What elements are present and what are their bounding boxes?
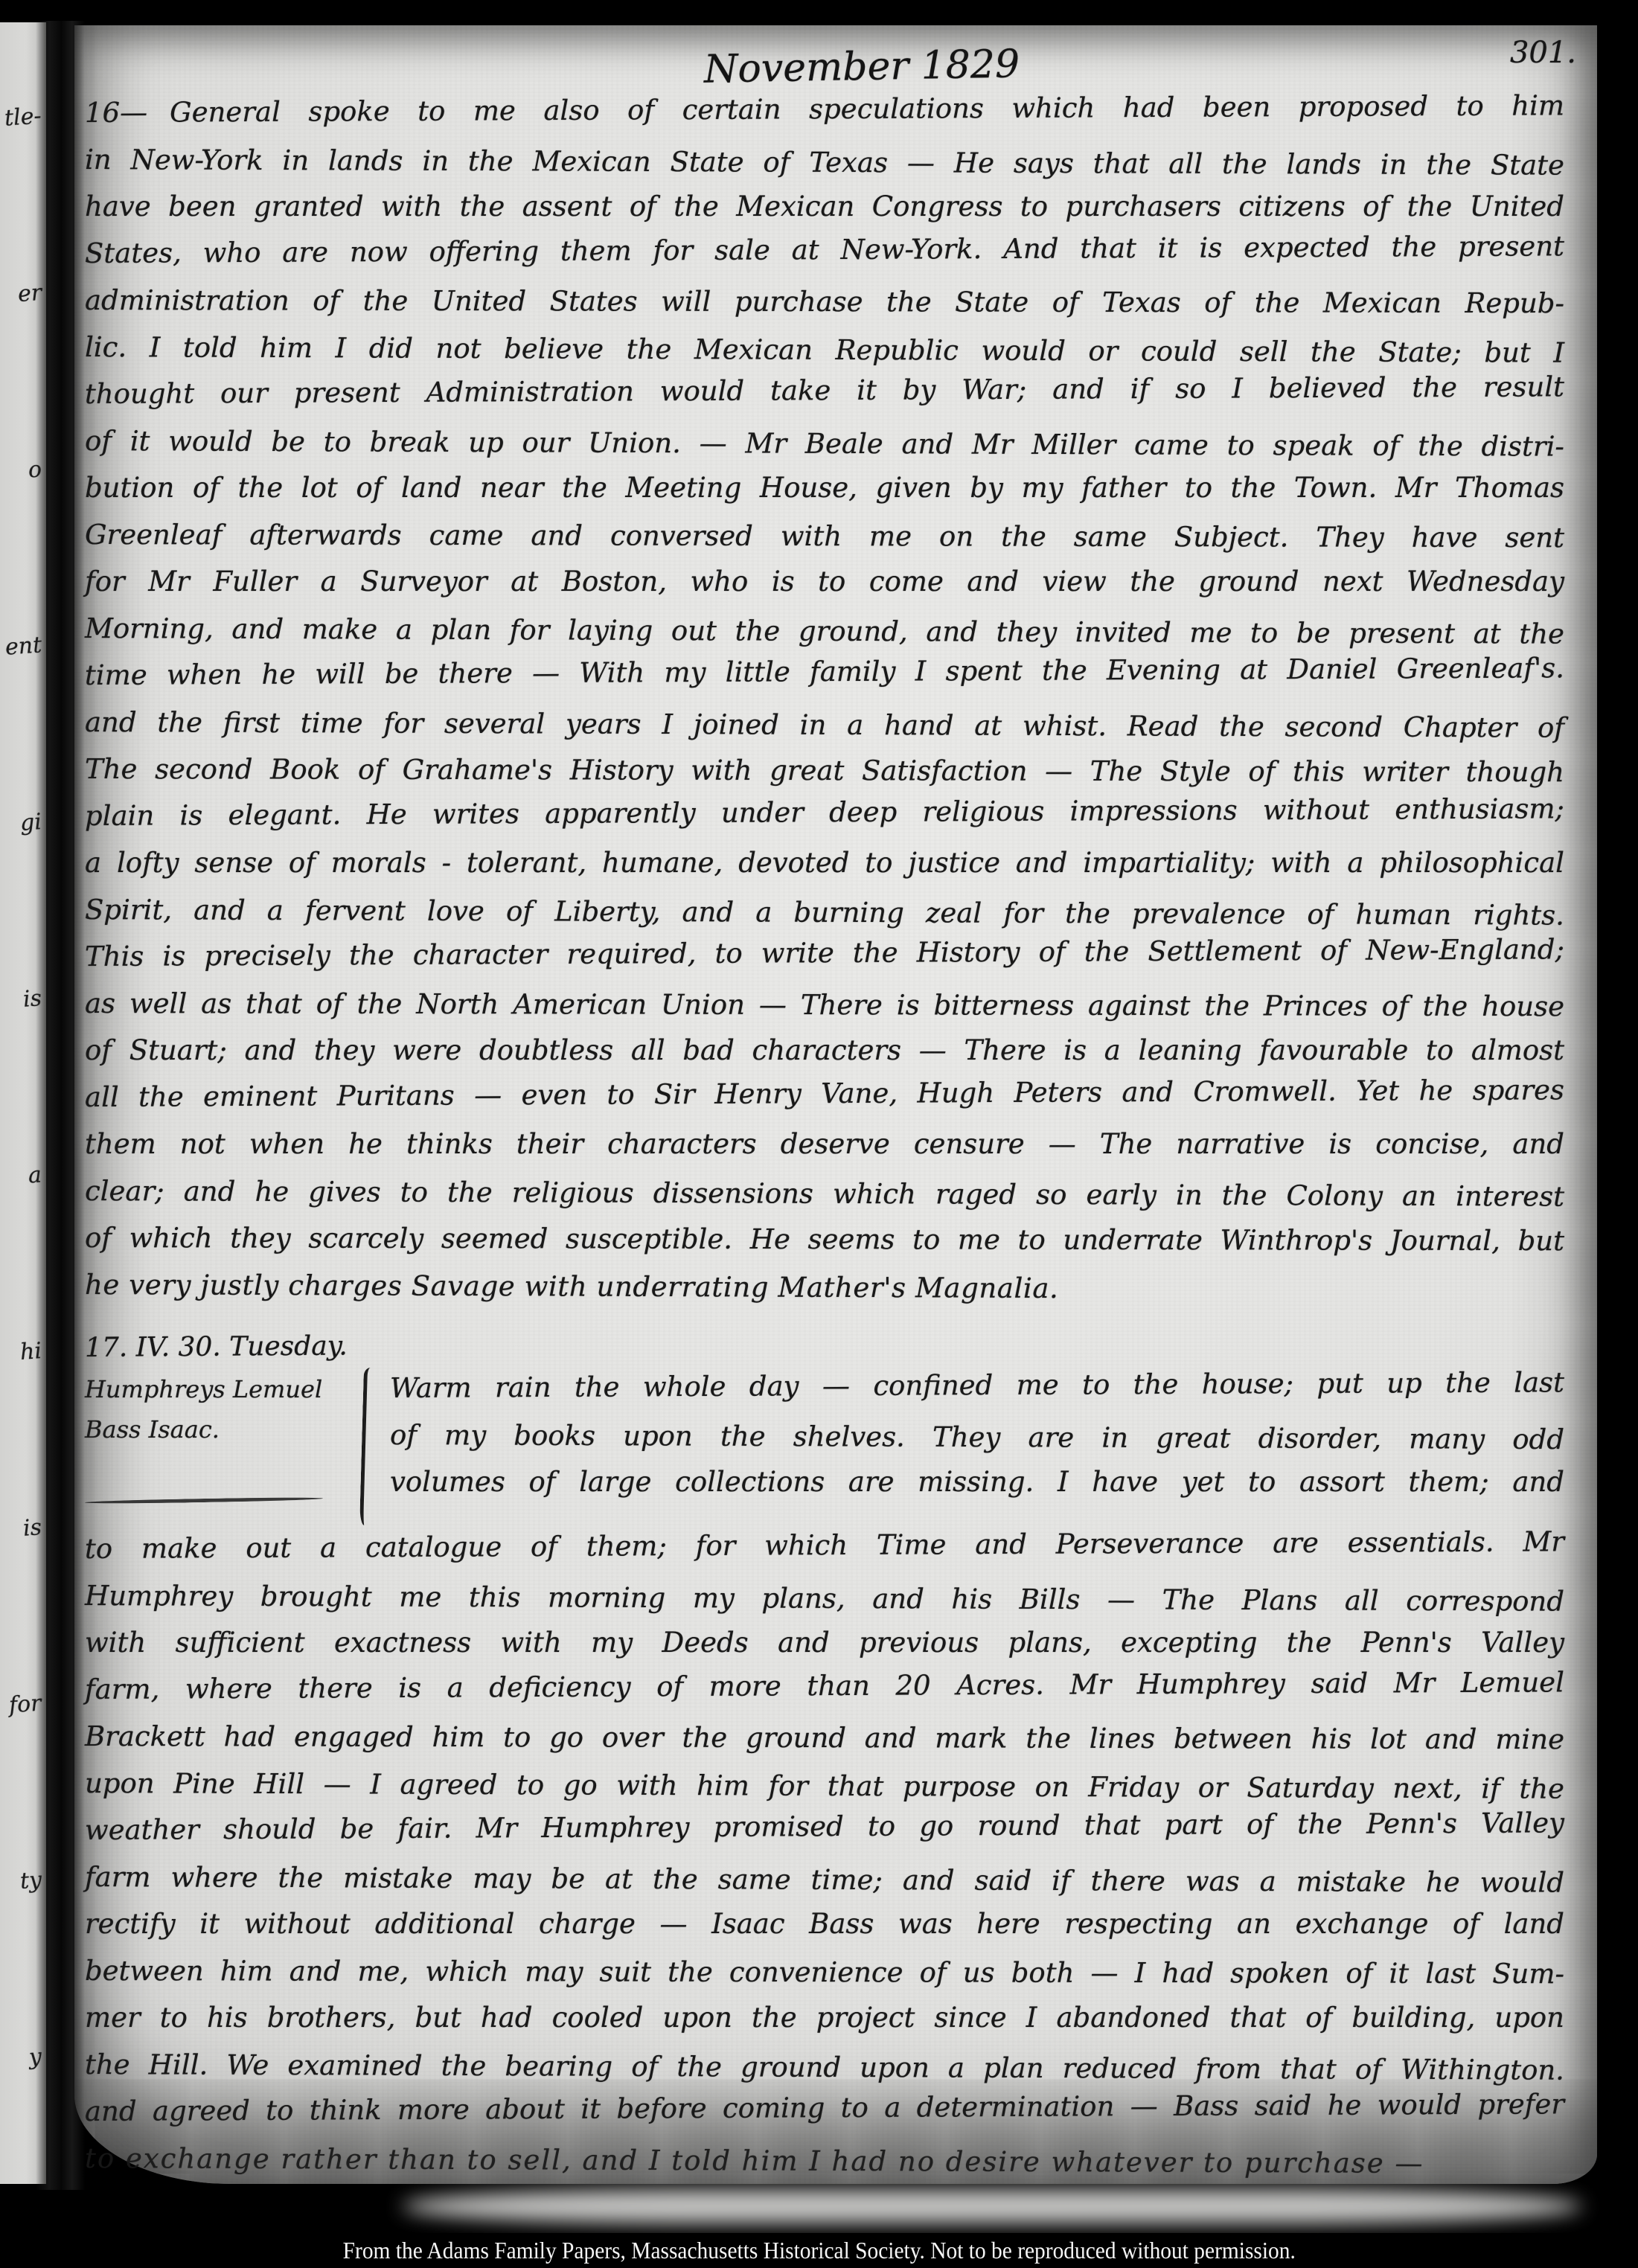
entry-november-16: 16—General spoke to me also of certain s… — [85, 89, 1564, 1308]
manuscript-line: volumes of large collections are missing… — [390, 1458, 1564, 1505]
manuscript-line: of my books upon the shelves. They are i… — [390, 1412, 1564, 1463]
manuscript-line: of Stuart; and they were doubtless all b… — [85, 1027, 1564, 1074]
manuscript-line: farm where the mistake may be at the sam… — [85, 1854, 1564, 1906]
manuscript-line: have been granted with the assent of the… — [85, 183, 1564, 230]
margin-name: Bass Isaac. — [85, 1409, 362, 1449]
manuscript-line: of it would be to break up our Union. — … — [85, 417, 1564, 470]
entry-17-lines: to make out a catalogue of them; for whi… — [85, 1525, 1564, 2182]
margin-underline-stroke — [85, 1496, 323, 1505]
manuscript-line: clear; and he gives to the religious dis… — [85, 1167, 1564, 1220]
manuscript-line: Brackett had engaged him to go over the … — [85, 1713, 1564, 1763]
manuscript-line: all the eminent Puritans — even to Sir H… — [85, 1066, 1564, 1121]
margin-name: Humphreys Lemuel — [85, 1369, 362, 1409]
entry-17-indented-lines: Warm rain the whole day — confined me to… — [374, 1365, 1564, 1505]
manuscript-line: Greenleaf afterwards came and conversed … — [85, 511, 1564, 561]
entry-17-margin-row: Humphreys Lemuel Bass Isaac. Warm rain t… — [85, 1365, 1564, 1525]
manuscript-line: with sufficient exactness with my Deeds … — [85, 1619, 1564, 1666]
manuscript-line: them not when he thinks their characters… — [85, 1121, 1564, 1167]
manuscript-line: he very justly charges Savage with under… — [85, 1261, 1564, 1314]
manuscript-line: between him and me, which may suit the c… — [85, 1947, 1564, 1997]
attribution-caption: From the Adams Family Papers, Massachuse… — [342, 2237, 1295, 2264]
manuscript-line: farm, where there is a deficiency of mor… — [85, 1659, 1564, 1713]
manuscript-line: weather should be fair. Mr Humphrey prom… — [85, 1799, 1564, 1854]
manuscript-line: rectify it without additional charge — I… — [85, 1900, 1564, 1947]
page-number: 301. — [1510, 36, 1576, 70]
manuscript-line: time when he will be there — With my lit… — [85, 644, 1564, 699]
manuscript-line: bution of the lot of land near the Meeti… — [85, 464, 1564, 511]
attribution-bar: From the Adams Family Papers, Massachuse… — [0, 2233, 1638, 2268]
page-bottom-edge-highlight — [402, 2189, 1582, 2223]
manuscript-line: in New-York in lands in the Mexican Stat… — [85, 136, 1564, 189]
manuscript-line: mer to his brothers, but had cooled upon… — [85, 1994, 1564, 2041]
document-scan: tle-eroentgiisahiisfortyy November 1829 … — [0, 0, 1638, 2268]
manuscript-line: to exchange rather than to sell, and I t… — [85, 2135, 1564, 2188]
manuscript-line: 16—General spoke to me also of certain s… — [85, 82, 1564, 136]
manuscript-page: November 1829 301. 16—General spoke to m… — [74, 25, 1597, 2184]
manuscript-line: Humphrey brought me this morning my plan… — [85, 1572, 1564, 1625]
manuscript-line: and the first time for several years I j… — [85, 699, 1564, 752]
manuscript-line: States, who are now offering them for sa… — [85, 222, 1564, 277]
manuscript-line: Warm rain the whole day — confined me to… — [390, 1359, 1564, 1412]
manuscript-line: administration of the United States will… — [85, 277, 1564, 327]
manuscript-line: thought our present Administration would… — [85, 363, 1564, 417]
entry-16-lines: 16—General spoke to me also of certain s… — [85, 89, 1564, 1308]
binding-gutter-shadow — [36, 21, 85, 2190]
entry-day-number: 16— — [85, 97, 147, 129]
manuscript-line: of which they scarcely seemed susceptibl… — [85, 1214, 1564, 1264]
manuscript-line: a lofty sense of morals - tolerant, huma… — [85, 839, 1564, 886]
manuscript-line: plain is elegant. He writes apparently u… — [85, 785, 1564, 839]
manuscript-line: and agreed to think more about it before… — [85, 2080, 1564, 2135]
manuscript-line: for Mr Fuller a Surveyor at Boston, who … — [85, 558, 1564, 605]
margin-names-block: Humphreys Lemuel Bass Isaac. — [85, 1365, 362, 1502]
entry-november-17: 17. IV. 30. Tuesday. Humphreys Lemuel Ba… — [85, 1322, 1564, 2182]
manuscript-line: This is precisely the character required… — [85, 926, 1564, 980]
manuscript-line: as well as that of the North American Un… — [85, 980, 1564, 1030]
manuscript-line-text: General spoke to me also of certain spec… — [170, 89, 1564, 128]
manuscript-line: to make out a catalogue of them; for whi… — [85, 1518, 1564, 1572]
